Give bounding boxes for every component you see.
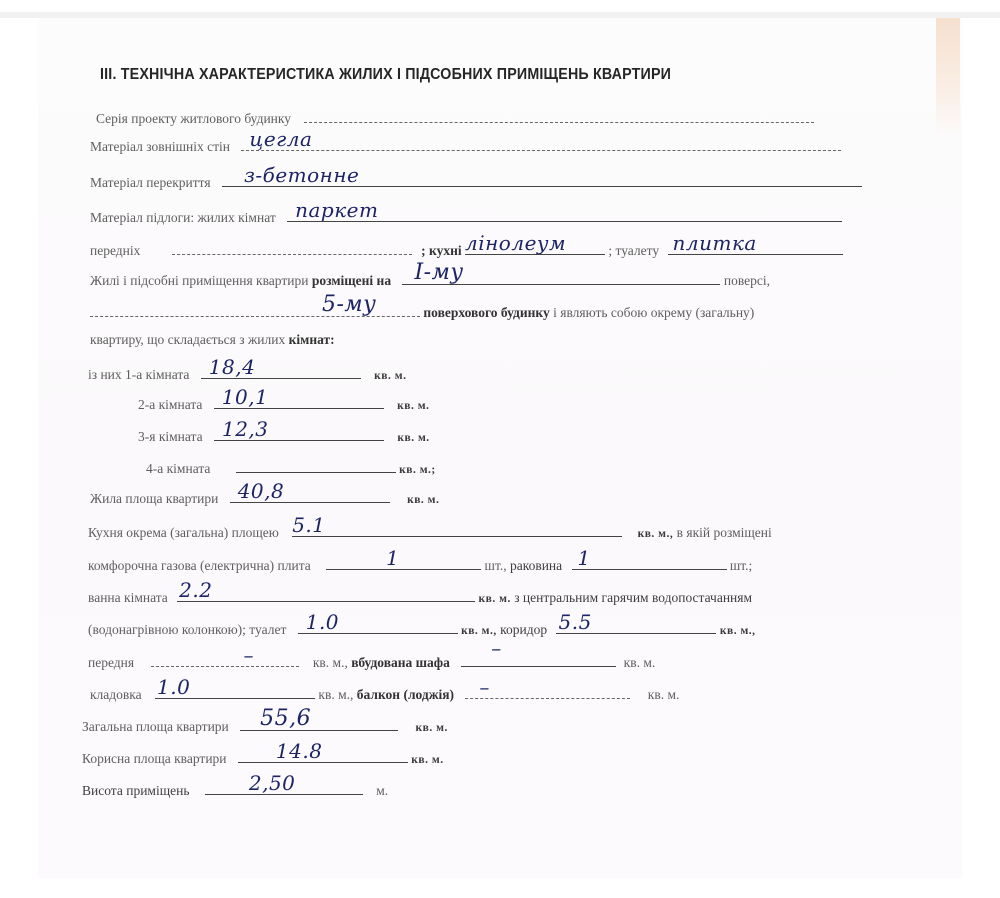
row-kitchen: Кухня окрема (загальна) площею 5.1 кв. м… <box>88 520 772 541</box>
wall-material-value: цегла <box>249 127 312 151</box>
balcony-unit: кв. м. <box>648 687 680 702</box>
hall-field[interactable]: – <box>151 650 299 667</box>
balcony-label: балкон (лоджія) <box>357 687 454 702</box>
total-area-unit: кв. м. <box>416 722 448 734</box>
located-on-label: Жилі і підсобні приміщення квартири <box>90 273 308 288</box>
room-4-unit: кв. м.; <box>399 464 436 476</box>
floor-material-field[interactable]: паркет <box>287 205 842 222</box>
room-3-field[interactable]: 12,3 <box>214 424 384 441</box>
room-height-value: 2,50 <box>249 771 296 795</box>
storage-value: 1.0 <box>157 675 190 699</box>
floor-kitchen-label: ; кухні <box>421 243 462 258</box>
storage-field[interactable]: 1.0 <box>155 682 315 699</box>
rooms-intro-label-bold: кімнат: <box>289 332 335 347</box>
living-area-value: 40,8 <box>238 479 285 503</box>
total-area-label: Загальна площа квартири <box>82 719 229 734</box>
room-3-unit: кв. м. <box>397 432 429 444</box>
hall-value: – <box>243 643 254 667</box>
sink-value: 1 <box>578 546 591 570</box>
kitchen-suffix: в якій розміщені <box>677 525 772 540</box>
useful-area-unit: кв. м. <box>411 754 443 766</box>
viewer-top-bar <box>0 0 1000 18</box>
floor-material-value: паркет <box>295 198 378 222</box>
row-useful-area: Корисна площа квартири 14.8 кв. м. <box>82 746 444 767</box>
corridor-label: коридор <box>500 622 547 637</box>
stove-unit: шт., <box>485 558 507 573</box>
wardrobe-unit: кв. м. <box>624 655 656 670</box>
room-1-value: 18,4 <box>209 355 256 379</box>
floor-toilet-field[interactable]: плитка <box>668 238 843 255</box>
located-on-field[interactable]: I-му <box>402 268 720 285</box>
room-3-label: 3-я кімната <box>138 429 203 444</box>
wardrobe-value: – <box>491 636 502 660</box>
row-building-floors: 5-му поверхового будинку і являють собою… <box>90 300 754 321</box>
row-project-series: Серія проекту житлового будинку <box>96 106 814 127</box>
row-living-area: Жила площа квартири 40,8 кв. м. <box>90 486 439 507</box>
row-room-3: 3-я кімната 12,3 кв. м. <box>138 424 430 445</box>
ceiling-material-value: з-бетонне <box>244 163 359 187</box>
building-floors-suffix-bold: поверхового будинку <box>423 305 549 320</box>
stove-field[interactable]: 1 <box>326 553 481 570</box>
bathroom-unit: кв. м. <box>479 593 511 605</box>
kitchen-label: Кухня окрема (загальна) площею <box>88 525 279 540</box>
floor-kitchen-value: лінолеум <box>465 231 566 255</box>
room-height-field[interactable]: 2,50 <box>205 778 363 795</box>
row-total-area: Загальна площа квартири 55,6 кв. м. <box>82 714 448 735</box>
stove-value: 1 <box>386 546 399 570</box>
sink-unit: шт.; <box>730 558 752 573</box>
kitchen-value: 5.1 <box>292 513 325 537</box>
row-room-4: 4-а кімната кв. м.; <box>146 456 436 477</box>
storage-label: кладовка <box>90 687 142 702</box>
row-room-2: 2-а кімната 10,1 кв. м. <box>138 392 429 413</box>
building-floors-field[interactable]: 5-му <box>90 300 420 317</box>
wardrobe-field[interactable]: – <box>461 650 616 667</box>
total-area-field[interactable]: 55,6 <box>240 714 398 731</box>
row-floor-material: Матеріал підлоги: жилих кімнат паркет <box>90 205 842 226</box>
balcony-field[interactable]: – <box>465 682 630 699</box>
room-2-unit: кв. м. <box>397 400 429 412</box>
living-area-label: Жила площа квартири <box>90 491 218 506</box>
useful-area-value: 14.8 <box>276 739 323 763</box>
project-series-field[interactable] <box>304 106 814 123</box>
project-series-label: Серія проекту житлового будинку <box>96 111 291 126</box>
wardrobe-label: вбудована шафа <box>351 655 450 670</box>
storage-unit: кв. м., <box>318 687 353 702</box>
row-bathroom: ванна кімната 2.2 кв. м. з центральним г… <box>88 585 752 606</box>
kitchen-field[interactable]: 5.1 <box>292 520 622 537</box>
located-on-value: I-му <box>414 260 463 285</box>
ceiling-material-field[interactable]: з-бетонне <box>222 170 862 187</box>
room-2-field[interactable]: 10,1 <box>214 392 384 409</box>
row-toilet: (водонагрівною колонкою); туалет 1.0 кв.… <box>88 617 756 638</box>
row-room-1: із них 1-а кімната 18,4 кв. м. <box>88 362 406 383</box>
stove-label: комфорочна газова (електрична) плита <box>88 558 311 573</box>
total-area-value: 55,6 <box>260 706 311 731</box>
row-rooms-intro: квартиру, що складається з жилих кімнат: <box>90 332 335 348</box>
building-floors-suffix: і являють собою окрему (загальну) <box>553 305 754 320</box>
row-ceiling-material: Матеріал перекриття з-бетонне <box>90 170 862 191</box>
living-area-field[interactable]: 40,8 <box>230 486 390 503</box>
floor-material-label: Матеріал підлоги: жилих кімнат <box>90 210 276 225</box>
room-height-unit: м. <box>376 783 388 798</box>
room-1-field[interactable]: 18,4 <box>201 362 361 379</box>
row-room-height: Висота приміщень 2,50 м. <box>82 778 388 799</box>
room-4-field[interactable] <box>236 456 396 473</box>
wall-material-field[interactable]: цегла <box>241 134 841 151</box>
room-2-value: 10,1 <box>222 385 269 409</box>
floor-hall-field[interactable] <box>172 238 412 255</box>
room-3-value: 12,3 <box>222 417 269 441</box>
corridor-field[interactable]: 5.5 <box>556 617 716 634</box>
floor-kitchen-field[interactable]: лінолеум <box>465 238 605 255</box>
hall-label: передня <box>88 655 134 670</box>
sink-label: раковина <box>510 558 562 573</box>
located-on-suffix: поверсі, <box>724 273 770 288</box>
balcony-value: – <box>479 675 490 699</box>
room-2-label: 2-а кімната <box>138 397 202 412</box>
toilet-value: 1.0 <box>306 610 339 634</box>
bathroom-label: ванна кімната <box>88 590 168 605</box>
row-stove: комфорочна газова (електрична) плита 1 ш… <box>88 553 752 574</box>
corridor-value: 5.5 <box>558 610 591 634</box>
toilet-field[interactable]: 1.0 <box>298 617 458 634</box>
wall-material-label: Матеріал зовнішніх стін <box>90 139 230 154</box>
bathroom-field[interactable]: 2.2 <box>177 585 475 602</box>
floor-toilet-label: ; туалету <box>608 243 659 258</box>
room-1-unit: кв. м. <box>374 370 406 382</box>
row-located-on: Жилі і підсобні приміщення квартири розм… <box>90 268 770 289</box>
hall-unit: кв. м., <box>313 655 348 670</box>
ceiling-material-label: Матеріал перекриття <box>90 175 211 190</box>
toilet-label: (водонагрівною колонкою); туалет <box>88 622 286 637</box>
corridor-unit: кв. м., <box>720 625 756 637</box>
room-4-label: 4-а кімната <box>146 461 210 476</box>
row-floor-other: передніх ; кухні лінолеум ; туалету плит… <box>90 238 843 259</box>
floor-toilet-value: плитка <box>672 231 756 255</box>
building-floors-value: 5-му <box>322 292 376 317</box>
row-hall: передня – кв. м., вбудована шафа – кв. м… <box>88 650 655 671</box>
bathroom-suffix: з центральним гарячим водопостачанням <box>514 590 752 605</box>
bathroom-value: 2.2 <box>179 578 212 602</box>
row-wall-material: Матеріал зовнішніх стін цегла <box>90 134 841 155</box>
kitchen-unit: кв. м., <box>638 528 674 540</box>
section-title: III. ТЕХНІЧНА ХАРАКТЕРИСТИКА ЖИЛИХ І ПІД… <box>100 66 671 84</box>
room-height-label: Висота приміщень <box>82 783 190 798</box>
page-edge-stain <box>936 18 960 138</box>
useful-area-label: Корисна площа квартири <box>82 751 227 766</box>
living-area-unit: кв. м. <box>407 494 439 506</box>
floor-hall-label: передніх <box>90 243 140 258</box>
rooms-intro-label: квартиру, що складається з жилих <box>90 332 285 347</box>
located-on-label-bold: розміщені на <box>312 273 391 288</box>
sink-field[interactable]: 1 <box>572 553 727 570</box>
row-storage: кладовка 1.0 кв. м., балкон (лоджія) – к… <box>90 682 679 703</box>
room-1-label: із них 1-а кімната <box>88 367 189 382</box>
useful-area-field[interactable]: 14.8 <box>238 746 408 763</box>
